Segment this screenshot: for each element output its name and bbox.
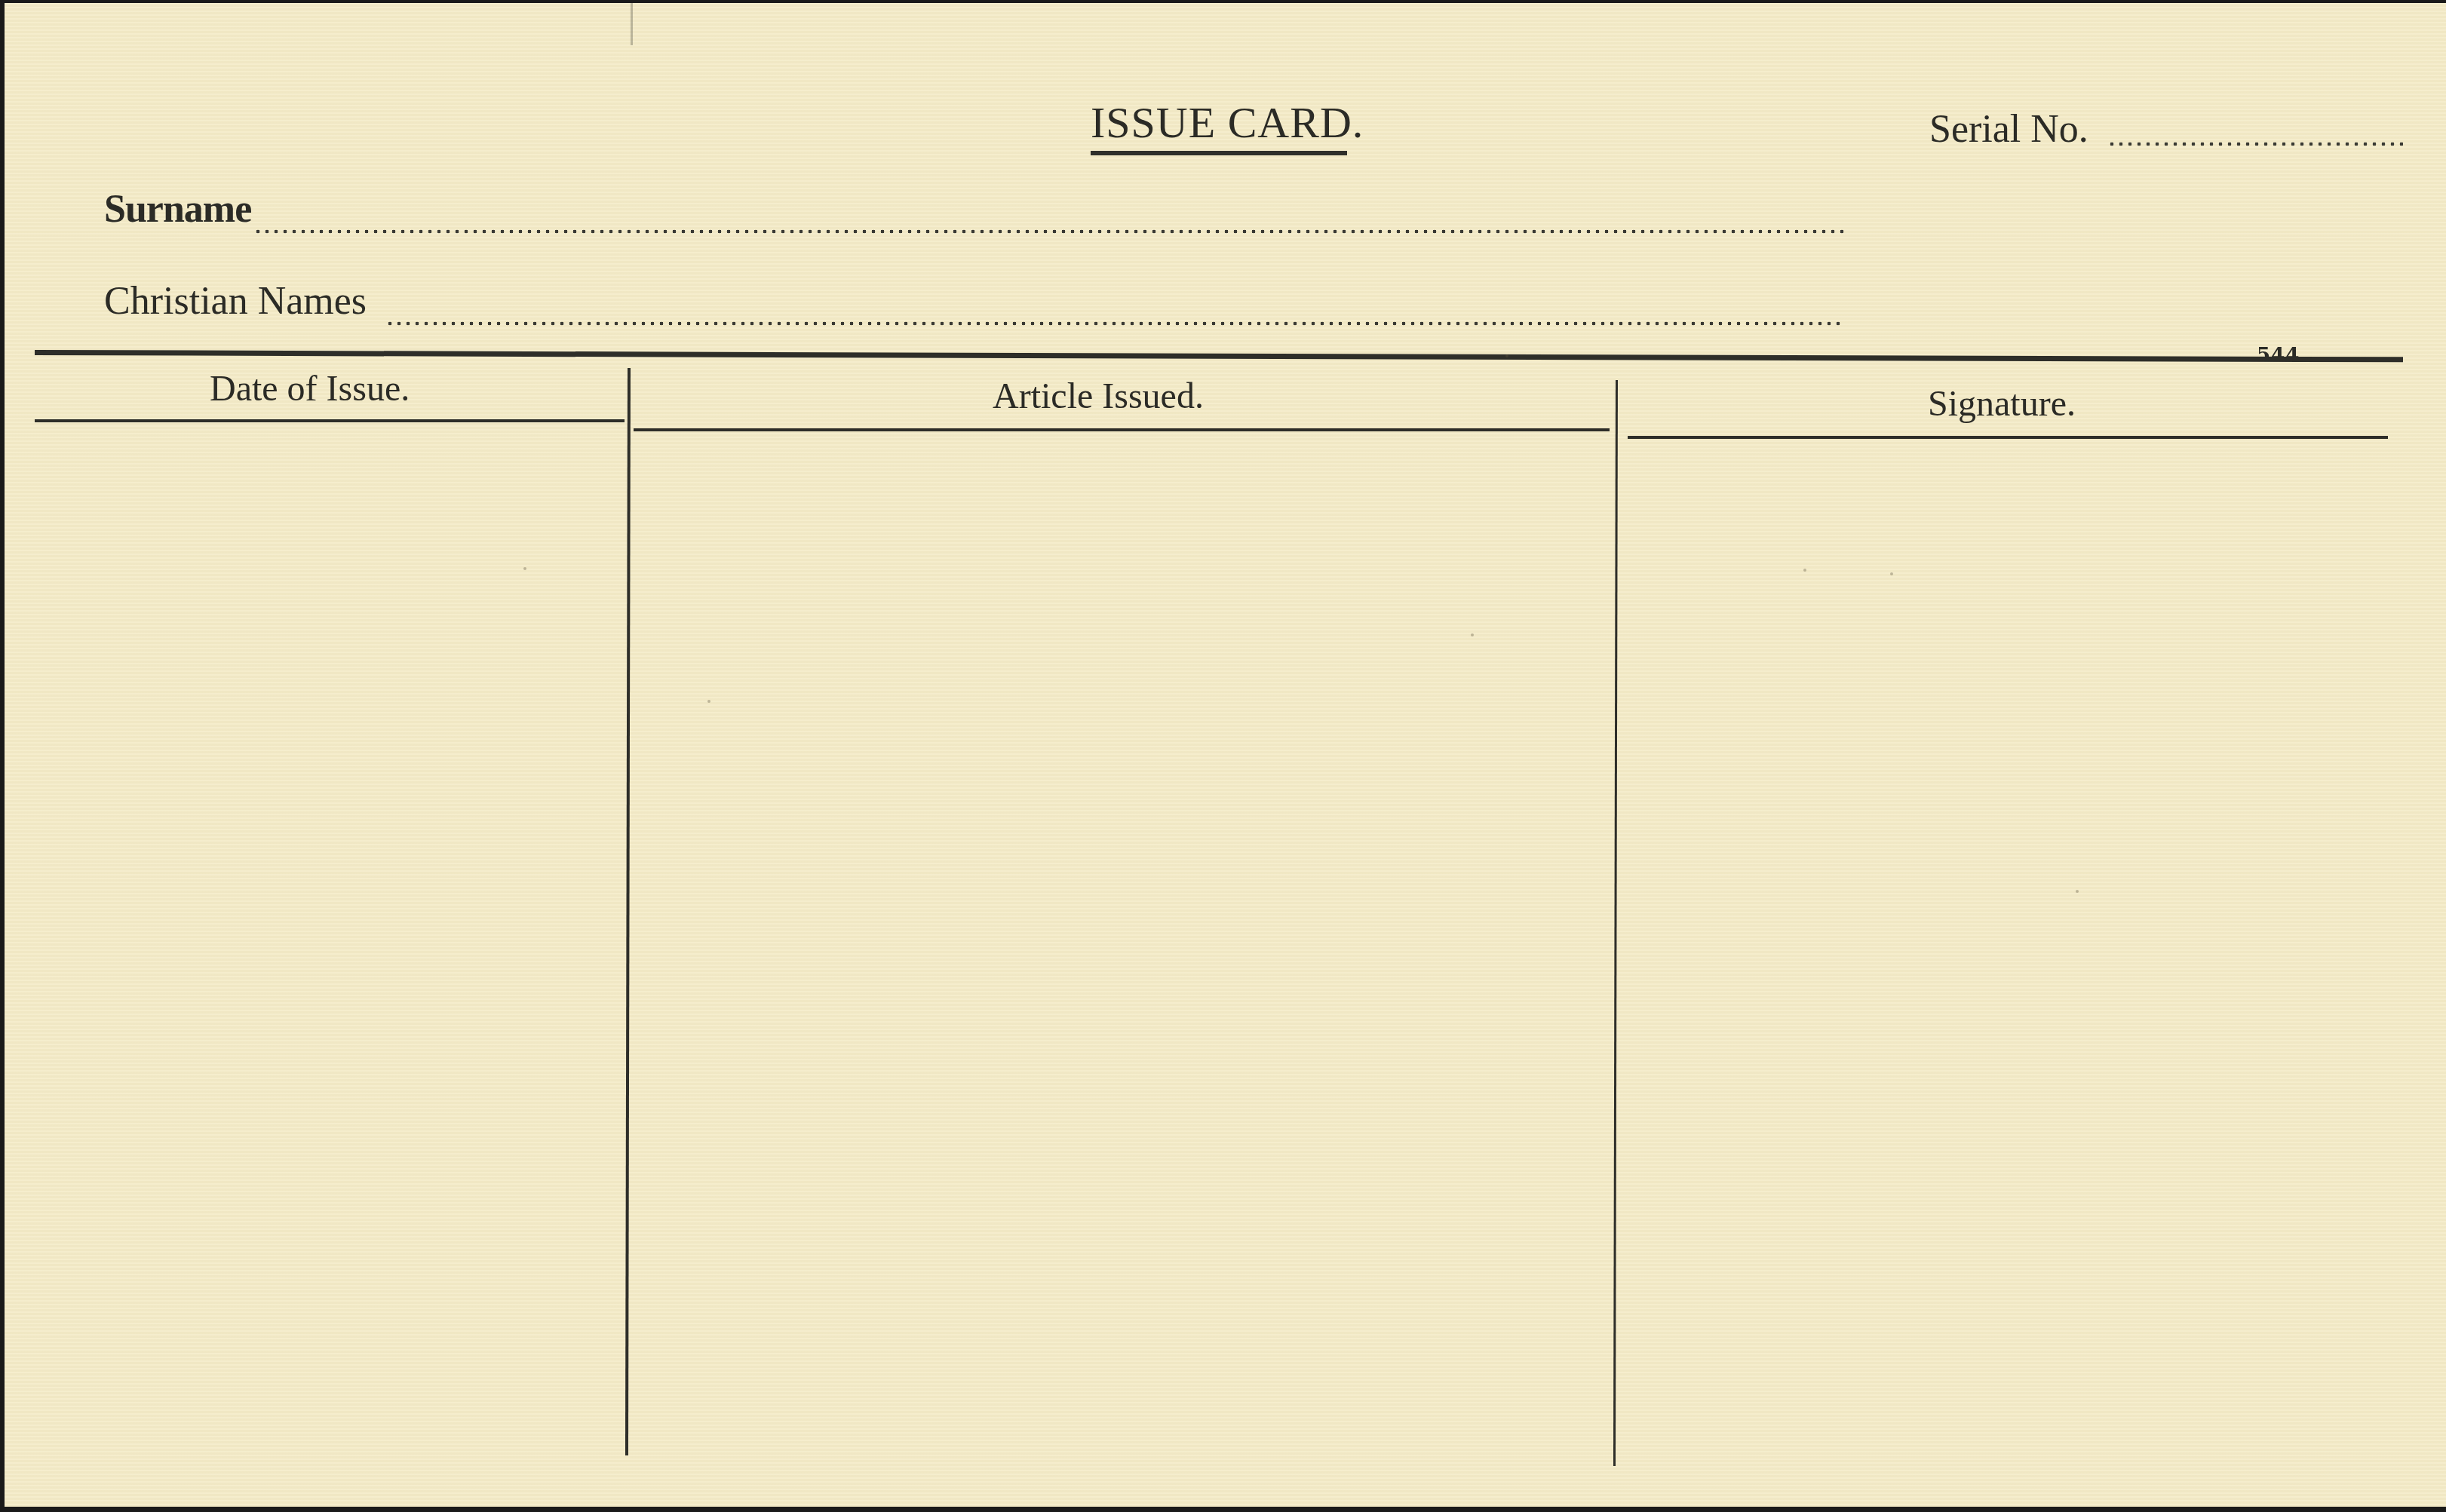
serial-number-label: Serial No.	[1929, 110, 2088, 149]
column-header-article-issued: Article Issued.	[993, 379, 1204, 415]
surname-field[interactable]	[253, 229, 1845, 234]
pencil-mark	[631, 3, 633, 45]
paper-speck	[707, 700, 710, 703]
article-column-header-rule	[634, 428, 1610, 431]
christian-names-field[interactable]	[385, 321, 1845, 326]
column-header-date-of-issue: Date of Issue.	[210, 371, 410, 407]
column-divider-2	[1613, 380, 1618, 1466]
form-number: 544...	[2257, 345, 2322, 365]
paper-speck	[1505, 354, 1508, 357]
header-divider-rule	[35, 350, 2403, 362]
date-column-header-rule	[35, 419, 625, 422]
serial-number-field[interactable]	[2107, 142, 2403, 146]
paper-speck	[1471, 633, 1474, 636]
column-divider-1	[625, 368, 631, 1455]
date-of-issue-column-body[interactable]	[35, 425, 623, 1458]
title-underline	[1091, 151, 1347, 155]
paper-speck	[523, 567, 526, 570]
paper-speck	[2076, 890, 2079, 893]
card-title: ISSUE CARD.	[1091, 101, 1364, 145]
signature-column-body[interactable]	[1622, 442, 2388, 1464]
article-issued-column-body[interactable]	[634, 434, 1611, 1460]
issue-card: ISSUE CARD. Serial No. Surname Christian…	[5, 3, 2446, 1507]
column-header-signature: Signature.	[1928, 386, 2076, 422]
surname-label: Surname	[104, 190, 251, 229]
christian-names-label: Christian Names	[104, 282, 367, 321]
paper-speck	[1803, 569, 1806, 572]
signature-column-header-rule	[1628, 436, 2388, 439]
paper-speck	[1890, 572, 1893, 575]
